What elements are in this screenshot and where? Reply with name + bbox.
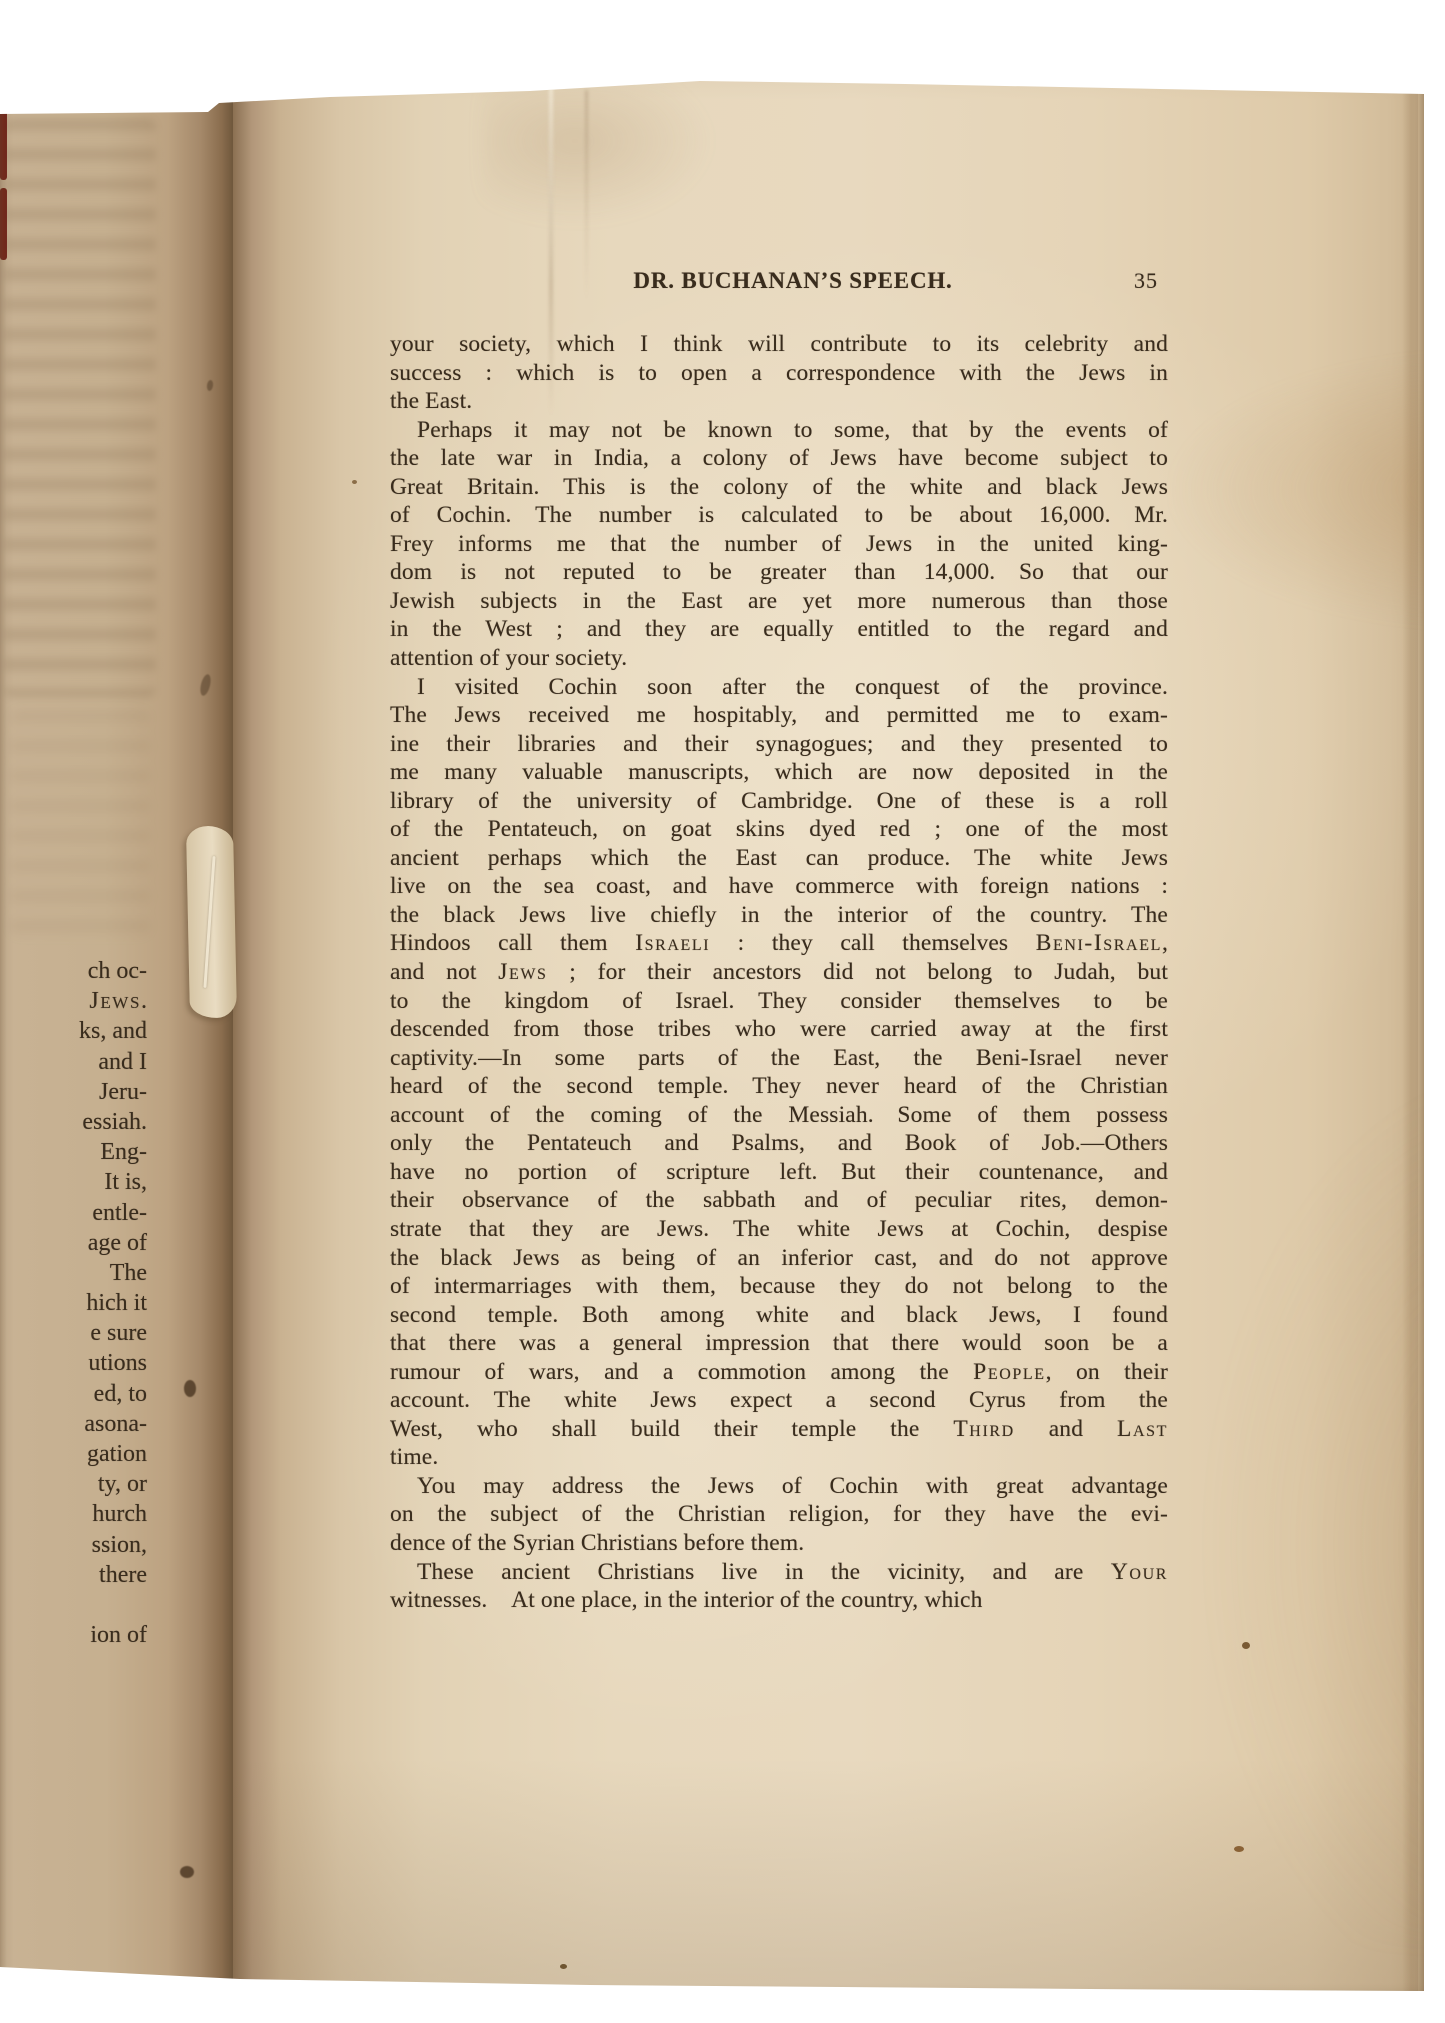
text-line: Great Britain. This is the colony of the… <box>390 473 1168 502</box>
paper-speck <box>1234 1846 1244 1852</box>
text-line: ancient perhaps which the East can produ… <box>390 844 1168 873</box>
text-line: witnesses. At one place, in the interior… <box>390 1586 1168 1615</box>
left-fragment-line: ty, or <box>0 1469 147 1499</box>
left-page-fragments: ch oc-Jews.ks, andand IJeru-essiah.Eng-I… <box>0 956 150 1650</box>
paper-speck <box>1242 1642 1250 1649</box>
text-line: West, who shall build their temple the T… <box>390 1415 1168 1444</box>
text-line: their observance of the sabbath and of p… <box>390 1186 1168 1215</box>
left-fragment-line: ed, to <box>0 1379 147 1409</box>
text-line: account. The white Jews expect a second … <box>390 1386 1168 1415</box>
text-line: You may address the Jews of Cochin with … <box>390 1472 1168 1501</box>
left-fragment-line: hich it <box>0 1288 147 1318</box>
book-spread-photo: ch oc-Jews.ks, andand IJeru-essiah.Eng-I… <box>0 0 1426 1998</box>
text-line: Frey informs me that the number of Jews … <box>390 530 1168 559</box>
text-line: Hindoos call them Israeli : they call th… <box>390 929 1168 958</box>
text-line: the black Jews as being of an inferior c… <box>390 1244 1168 1273</box>
page-right-edge-shading <box>1402 0 1418 1998</box>
text-line: of the Pentateuch, on goat skins dyed re… <box>390 815 1168 844</box>
text-line: attention of your society. <box>390 644 1168 673</box>
left-fragment-line <box>0 1590 147 1620</box>
left-fragment-line: Eng- <box>0 1137 147 1167</box>
text-line: These ancient Christians live in the vic… <box>390 1558 1168 1587</box>
text-line: strate that they are Jews. The white Jew… <box>390 1215 1168 1244</box>
text-line: the black Jews live chiefly in the inter… <box>390 901 1168 930</box>
text-line: dom is not reputed to be greater than 14… <box>390 558 1168 587</box>
page-number: 35 <box>1134 268 1158 294</box>
text-line: only the Pentateuch and Psalms, and Book… <box>390 1129 1168 1158</box>
text-line: have no portion of scripture left. But t… <box>390 1158 1168 1187</box>
text-line: the late war in India, a colony of Jews … <box>390 444 1168 473</box>
text-line: in the West ; and they are equally entit… <box>390 615 1168 644</box>
left-fragment-line: gation <box>0 1439 147 1469</box>
page-title: DR. BUCHANAN’S SPEECH. <box>633 268 952 294</box>
text-line: of intermarriages with them, because the… <box>390 1272 1168 1301</box>
stitch-hole <box>184 1380 196 1397</box>
left-fragment-line: entle- <box>0 1198 147 1228</box>
left-fragment-line: utions <box>0 1348 147 1378</box>
left-fragment-line: age of <box>0 1228 147 1258</box>
binding-edge-mark <box>0 92 7 180</box>
text-line: me many valuable manuscripts, which are … <box>390 758 1168 787</box>
left-fragment-line: hurch <box>0 1499 147 1529</box>
text-line: heard of the second temple. They never h… <box>390 1072 1168 1101</box>
text-line: dence of the Syrian Christians before th… <box>390 1529 1168 1558</box>
text-line: library of the university of Cambridge. … <box>390 787 1168 816</box>
left-fragment-line: and I <box>0 1047 147 1077</box>
left-fragment-line: essiah. <box>0 1107 147 1137</box>
text-line: rumour of wars, and a commotion among th… <box>390 1358 1168 1387</box>
text-line: captivity.—In some parts of the East, th… <box>390 1044 1168 1073</box>
text-line: live on the sea coast, and have commerce… <box>390 872 1168 901</box>
left-fragment-line: Jeru- <box>0 1077 147 1107</box>
running-header: DR. BUCHANAN’S SPEECH. 35 <box>390 268 1168 300</box>
text-line: I visited Cochin soon after the conquest… <box>390 673 1168 702</box>
paper-stain-top-left <box>483 85 713 225</box>
left-fragment-line: It is, <box>0 1167 147 1197</box>
left-fragment-line: ch oc- <box>0 956 147 986</box>
body-text: your society, which I think will contrib… <box>390 330 1168 1615</box>
text-line: that there was a general impression that… <box>390 1329 1168 1358</box>
text-line: on the subject of the Christian religion… <box>390 1500 1168 1529</box>
text-line: descended from those tribes who were car… <box>390 1015 1168 1044</box>
text-line: time. <box>390 1443 1168 1472</box>
paper-speck <box>560 1964 567 1969</box>
left-fragment-line: asona- <box>0 1409 147 1439</box>
text-line: the East. <box>390 387 1168 416</box>
ink-showthrough-lower <box>10 710 150 940</box>
paper-speck <box>352 480 357 484</box>
text-line: and not Jews ; for their ancestors did n… <box>390 958 1168 987</box>
torn-paper-flap <box>186 826 237 1019</box>
stitch-hole <box>180 1866 194 1878</box>
text-line: ine their libraries and their synagogues… <box>390 730 1168 759</box>
binding-edge-mark <box>0 188 7 260</box>
left-fragment-line: The <box>0 1258 147 1288</box>
binding-edge-mark <box>0 14 7 66</box>
text-line: Perhaps it may not be known to some, tha… <box>390 416 1168 445</box>
left-fragment-line: Jews. <box>0 986 147 1016</box>
text-line: of Cochin. The number is calculated to b… <box>390 501 1168 530</box>
text-line: second temple. Both among white and blac… <box>390 1301 1168 1330</box>
left-fragment-line: e sure <box>0 1318 147 1348</box>
text-line: account of the coming of the Messiah. So… <box>390 1101 1168 1130</box>
left-fragment-line: ssion, <box>0 1530 147 1560</box>
left-fragment-line: ion of <box>0 1620 147 1650</box>
left-fragment-line: ks, and <box>0 1016 147 1046</box>
left-fragment-line: there <box>0 1560 147 1590</box>
ink-showthrough-upper <box>4 118 156 698</box>
text-line: The Jews received me hospitably, and per… <box>390 701 1168 730</box>
text-line: Jewish subjects in the East are yet more… <box>390 587 1168 616</box>
text-line: to the kingdom of Israel. They consider … <box>390 987 1168 1016</box>
text-line: success : which is to open a corresponde… <box>390 359 1168 388</box>
text-line: your society, which I think will contrib… <box>390 330 1168 359</box>
